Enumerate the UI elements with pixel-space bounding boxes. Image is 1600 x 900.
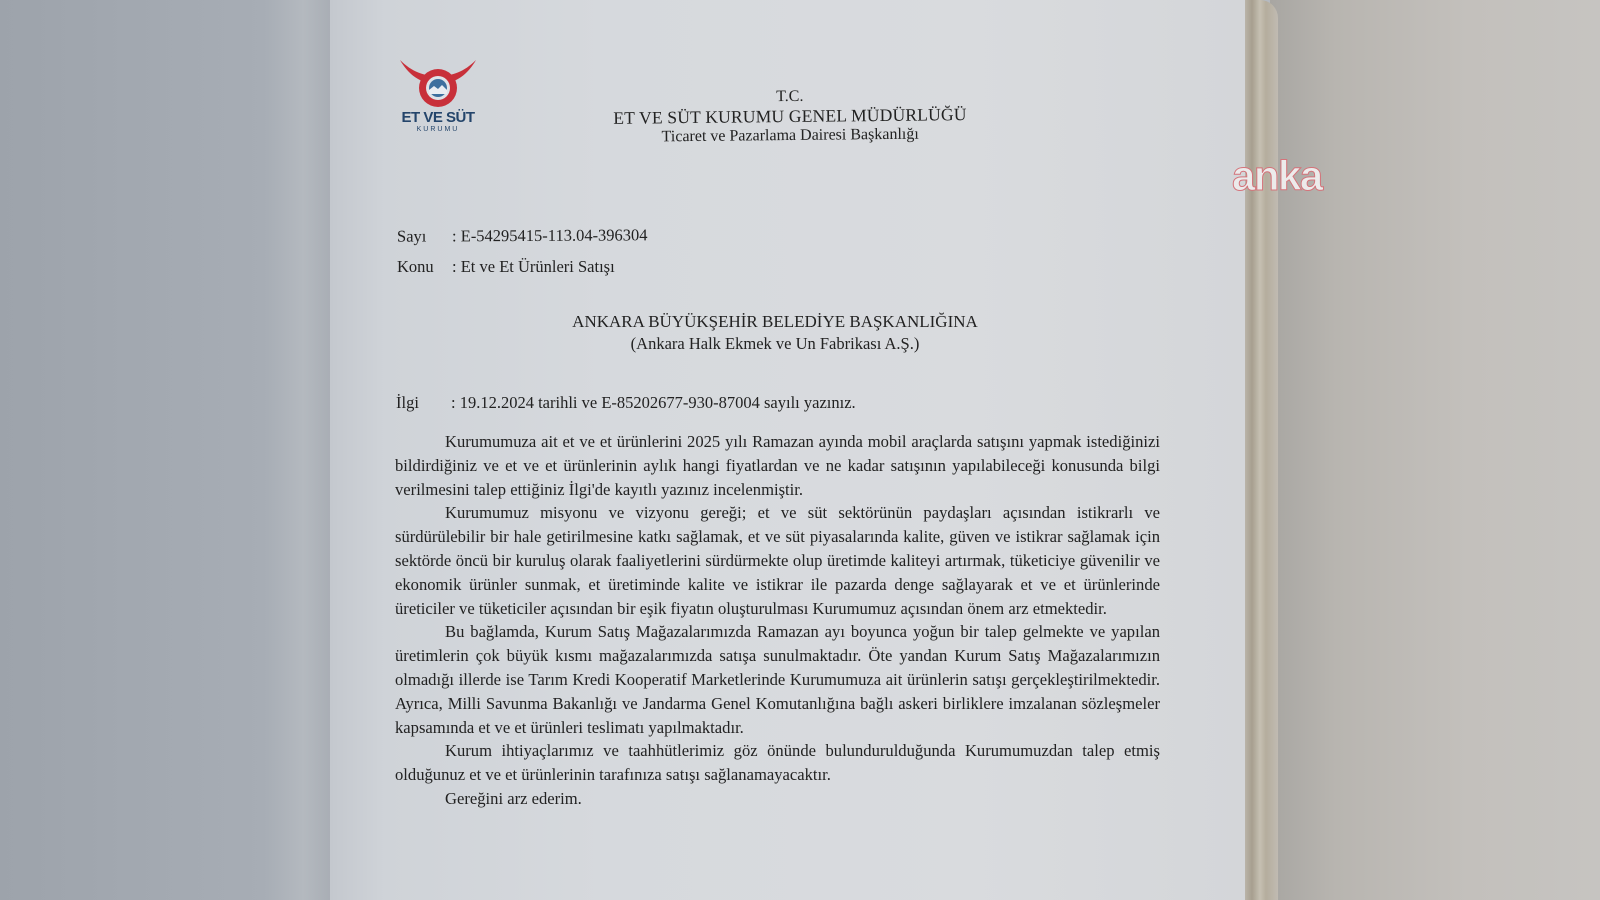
reference-number: Sayı: E-54295415-113.04-396304 bbox=[397, 225, 648, 246]
letter-body: Kurumumuza ait et ve et ürünlerini 2025 … bbox=[395, 430, 1160, 811]
background-left bbox=[0, 0, 330, 900]
konu-value: : Et ve Et Ürünleri Satışı bbox=[452, 257, 615, 276]
body-paragraph: Kurum ihtiyaçlarımız ve taahhütlerimiz g… bbox=[395, 739, 1160, 787]
logo-title: ET VE SÜT bbox=[398, 109, 478, 126]
subject-line: Konu: Et ve Et Ürünleri Satışı bbox=[397, 257, 615, 277]
anka-watermark: anka bbox=[1232, 152, 1322, 200]
addressee-name: ANKARA BÜYÜKŞEHİR BELEDİYE BAŞKANLIĞINA bbox=[540, 310, 1010, 333]
ilgi-value: : 19.12.2024 tarihli ve E-85202677-930-8… bbox=[451, 393, 856, 412]
addressee-block: ANKARA BÜYÜKŞEHİR BELEDİYE BAŞKANLIĞINA … bbox=[540, 310, 1010, 355]
closing-line: Gereğini arz ederim. bbox=[395, 787, 1160, 811]
bull-horns-icon bbox=[398, 56, 478, 110]
body-paragraph: Kurumumuz misyonu ve vizyonu gereği; et … bbox=[395, 501, 1160, 620]
body-paragraph: Bu bağlamda, Kurum Satış Mağazalarımızda… bbox=[395, 620, 1160, 739]
ilgi-label: İlgi bbox=[396, 393, 451, 413]
konu-label: Konu bbox=[397, 257, 452, 277]
reference-line: İlgi: 19.12.2024 tarihli ve E-85202677-9… bbox=[396, 393, 856, 413]
sayi-label: Sayı bbox=[397, 226, 452, 246]
background-right bbox=[1270, 0, 1600, 900]
letterhead: T.C. ET VE SÜT KURUMU GENEL MÜDÜRLÜĞÜ Ti… bbox=[560, 86, 1021, 149]
et-ve-sut-logo: ET VE SÜT KURUMU bbox=[398, 56, 478, 136]
addressee-subname: (Ankara Halk Ekmek ve Un Fabrikası A.Ş.) bbox=[540, 333, 1010, 355]
logo-subtitle: KURUMU bbox=[398, 126, 478, 133]
sayi-value: : E-54295415-113.04-396304 bbox=[452, 225, 648, 245]
body-paragraph: Kurumumuza ait et ve et ürünlerini 2025 … bbox=[395, 430, 1160, 501]
